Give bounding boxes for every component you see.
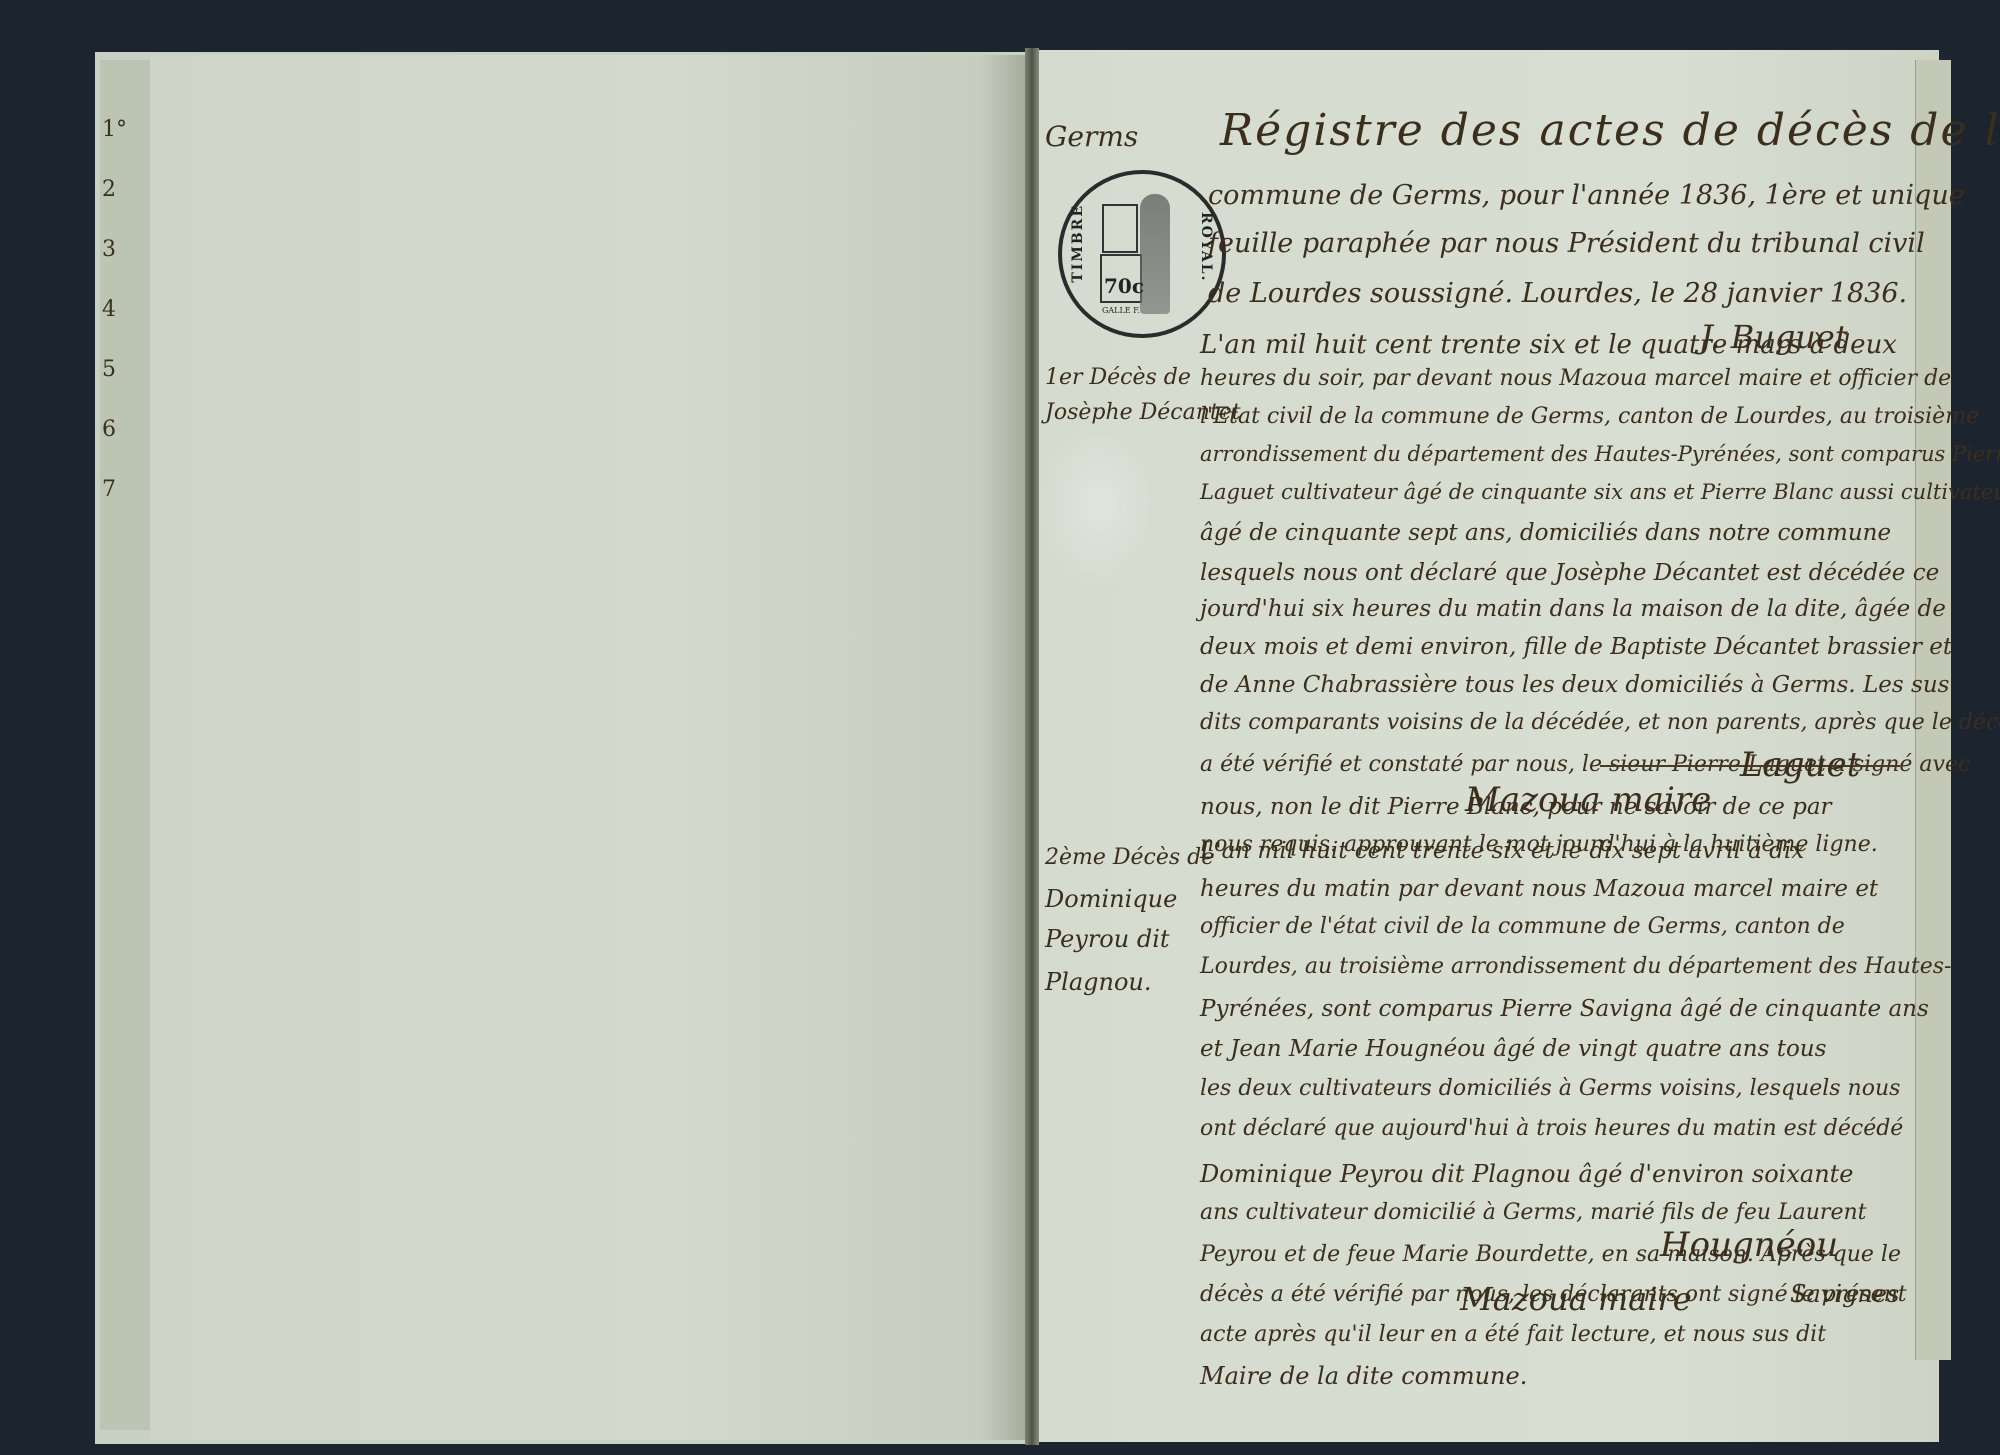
act1-line: lesquels nous ont déclaré que Josèphe Dé… [1200,560,1939,586]
act1-line: de Anne Chabrassière tous les deux domic… [1200,672,1949,698]
act2-line: officier de l'état civil de la commune d… [1200,914,1845,939]
act2-line: Maire de la dite commune. [1200,1362,1527,1390]
act2-margin-note: Dominique [1045,885,1177,913]
act1-line: jourd'hui six heures du matin dans la ma… [1200,596,1946,622]
act2-margin-note: Peyrou dit [1045,925,1170,953]
act2-line: acte après qu'il leur en a été fait lect… [1200,1322,1826,1347]
margin-mark: 1° [102,100,142,160]
margin-mark: 5 [102,340,142,400]
act1-line: arrondissement du département des Hautes… [1200,442,2000,466]
act2-signature: Mazoua maire [1460,1280,1692,1318]
act2-signature: Savignes [1790,1280,1899,1308]
act1-signature: Laguet [1740,745,1860,785]
commune-label: Germs [1045,120,1138,153]
stamp-value: 70c [1104,274,1144,298]
act1-margin-note: 1er Décès de [1045,365,1191,390]
header-line: feuille paraphée par nous Président du t… [1208,228,1925,259]
stamp-engraver: GALLE F. [1102,306,1140,315]
stamp-tablet-icon [1102,204,1138,253]
act2-line: ans cultivateur domicilié à Germs, marié… [1200,1200,1866,1225]
act2-margin-note: Plagnou. [1045,968,1152,996]
act2-line: et Jean Marie Hougnéou âgé de vingt quat… [1200,1036,1826,1062]
act1-line: deux mois et demi environ, fille de Bapt… [1200,634,1952,660]
margin-mark: 2 [102,160,142,220]
act1-line: Laguet cultivateur âgé de cinquante six … [1200,480,2000,504]
register-title: Régistre des actes de décès de la [1220,105,2000,156]
header-line: commune de Germs, pour l'année 1836, 1èr… [1208,180,1965,211]
act2-line: heures du matin par devant nous Mazoua m… [1200,876,1878,902]
embossed-seal [1040,420,1160,590]
stamp-figure-icon [1140,194,1170,314]
act1-line: l'Etat civil de la commune de Germs, can… [1200,404,1979,429]
act2-line: ont déclaré que aujourd'hui à trois heur… [1200,1116,1903,1141]
margin-mark: 6 [102,400,142,460]
stamp-left-text: TIMBRE [1070,204,1086,283]
act1-line: âgé de cinquante sept ans, domiciliés da… [1200,520,1891,546]
act1-line: dits comparants voisins de la décédée, e… [1200,710,2000,735]
act2-line: les deux cultivateurs domiciliés à Germs… [1200,1076,1900,1101]
act2-line: Pyrénées, sont comparus Pierre Savigna â… [1200,996,1929,1022]
margin-mark: 7 [102,460,142,520]
act2-line: L'an mil huit cent trente six et le dix … [1200,838,1804,864]
act2-signature: Hougnéou [1660,1225,1838,1265]
left-margin-marks: 1° 2 3 4 5 6 7 [102,100,142,520]
act2-line: Dominique Peyrou dit Plagnou âgé d'envir… [1200,1160,1854,1188]
header-line: de Lourdes soussigné. Lourdes, le 28 jan… [1208,278,1907,309]
act1-line: L'an mil huit cent trente six et le quat… [1200,330,1897,360]
royal-stamp: TIMBRE ROYAL. 70c GALLE F. [1058,170,1226,338]
act1-line: heures du soir, par devant nous Mazoua m… [1200,366,1951,391]
book-gutter [1025,48,1039,1445]
act2-line: Lourdes, au troisième arrondissement du … [1200,954,1951,979]
act2-margin-note: 2ème Décès de [1045,845,1214,870]
margin-mark: 3 [102,220,142,280]
margin-mark: 4 [102,280,142,340]
act1-signature: Mazoua maire [1465,780,1711,820]
left-blank-page [150,55,1025,1440]
